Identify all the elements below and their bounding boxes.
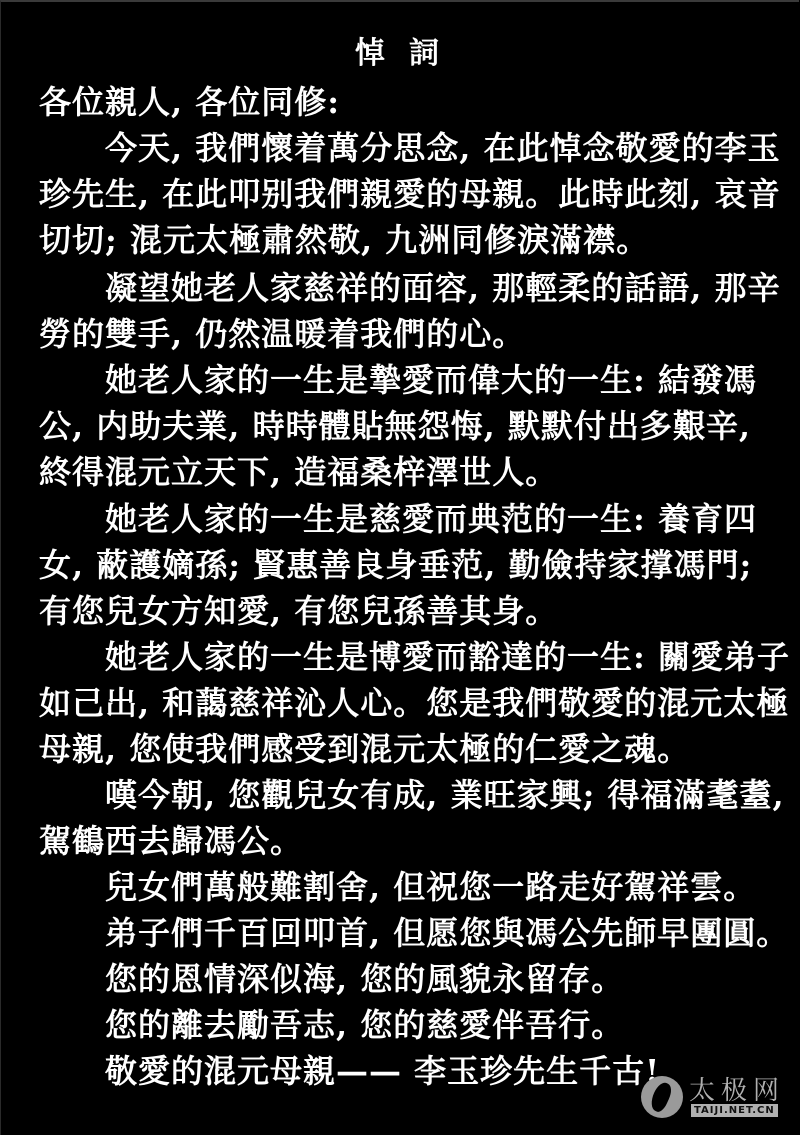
eulogy-page: 悼詞 各位親人, 各位同修: 今天, 我們懷着萬分思念, 在此悼念敬愛的李玉 珍… — [0, 0, 799, 1135]
text-line: 她老人家的一生是博愛而豁達的一生: 關愛弟子 — [105, 635, 790, 679]
site-watermark: 太极网 TAIJI.NET.CN — [641, 1074, 800, 1124]
text-line: 終得混元立天下, 造福桑梓澤世人。 — [39, 450, 558, 494]
text-line: 母親, 您使我們感受到混元太極的仁愛之魂。 — [39, 727, 690, 771]
watermark-name: 太极网 — [689, 1070, 785, 1107]
text-line: 嘆今朝, 您觀兒女有成, 業旺家興; 得福滿耄耋, — [105, 773, 785, 817]
text-line: 切切; 混元太極肅然敬, 九洲同修淚滿襟。 — [39, 218, 649, 262]
text-line: 有您兒女方知愛, 有您兒孫善其身。 — [39, 589, 558, 633]
salutation: 各位親人, 各位同修: — [39, 80, 340, 124]
text-line: 她老人家的一生是慈愛而典范的一生: 養育四 — [105, 497, 757, 541]
taiji-logo-icon — [641, 1076, 683, 1118]
text-line: 勞的雙手, 仍然温暖着我們的心。 — [39, 312, 525, 356]
text-line: 她老人家的一生是摯愛而偉大的一生: 結發馮 — [105, 358, 757, 402]
page-title: 悼詞 — [1, 34, 800, 74]
text-line: 今天, 我們懷着萬分思念, 在此悼念敬愛的李玉 — [105, 126, 781, 170]
text-line: 女, 蔽護嫡孫; 賢惠善良身垂范, 勤儉持家撑馮門; — [39, 543, 752, 587]
text-line: 駕鶴西去歸馮公。 — [39, 819, 303, 863]
text-line: 公, 内助夫業, 時時體貼無怨悔, 默默付出多艱辛, — [39, 404, 751, 448]
text-line: 敬愛的混元母親—— 李玉珍先生千古! — [105, 1049, 660, 1093]
text-line: 您的離去勵吾志, 您的慈愛伴吾行。 — [105, 1003, 624, 1047]
text-line: 弟子們千百回叩首, 但愿您與馮公先師早團圓。 — [105, 911, 789, 955]
watermark-domain: TAIJI.NET.CN — [691, 1104, 778, 1117]
text-line: 您的恩情深似海, 您的風貌永留存。 — [105, 957, 624, 1001]
text-line: 珍先生, 在此叩别我們親愛的母親。此時此刻, 哀音 — [39, 172, 781, 216]
text-line: 凝望她老人家慈祥的面容, 那輕柔的話語, 那辛 — [105, 266, 781, 310]
text-line: 如己出, 和藹慈祥沁人心。您是我們敬愛的混元太極 — [39, 681, 789, 725]
text-line: 兒女們萬般難割舍, 但祝您一路走好駕祥雲。 — [105, 865, 756, 909]
